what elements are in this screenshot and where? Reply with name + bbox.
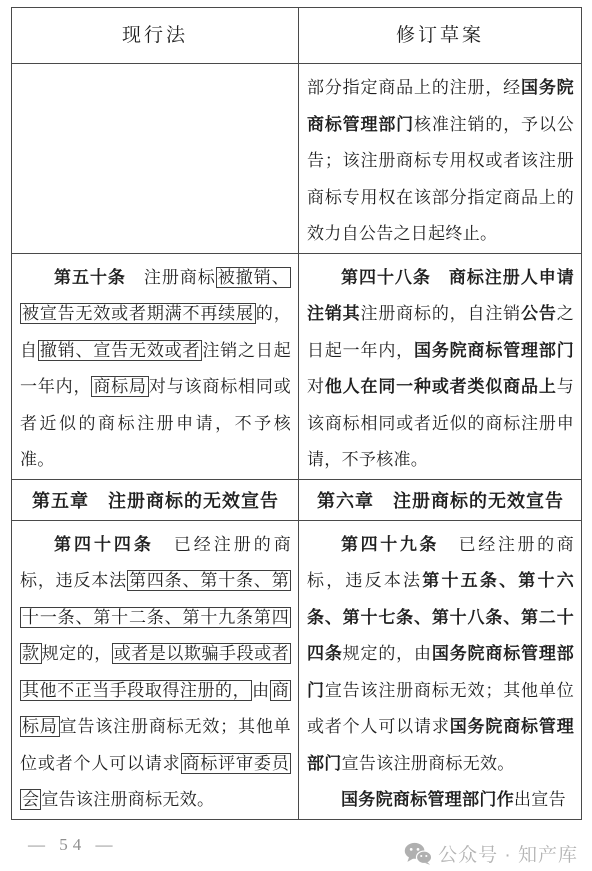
table-header-row: 现行法 修订草案 [12,8,582,64]
text-segment-bold: 国务院商标管理部门作 [341,790,514,809]
text-segment-bold: 国务院商标管理部门 [414,341,574,360]
text-segment-normal: 由 [252,681,270,700]
cell-current-law-article-50: 第五十条 注册商标被撤销、被宣告无效或者期满不再续展的，自撤销、宣告无效或者注销… [12,253,299,479]
document-page: 现行法 修订草案 部分指定商品上的注册，经国务院商标管理部门核准注销的，予以公告… [0,0,592,871]
watermark-label: 公众号 · 知产库 [438,840,578,867]
table-row-article-50-vs-48: 第五十条 注册商标被撤销、被宣告无效或者期满不再续展的，自撤销、宣告无效或者注销… [12,253,582,479]
paragraph: 第四十八条 商标注册人申请注销其注册商标的，自注销公告之日起一年内，国务院商标管… [307,260,574,479]
paragraph: 部分指定商品上的注册，经国务院商标管理部门核准注销的，予以公告；该注册商标专用权… [307,70,574,253]
cell-current-law-empty [12,64,299,254]
table-row-chapter-headings: 第五章 注册商标的无效宣告 第六章 注册商标的无效宣告 [12,479,582,520]
comparison-table: 现行法 修订草案 部分指定商品上的注册，经国务院商标管理部门核准注销的，予以公告… [11,7,582,820]
text-segment-bold: 他人在同一种或者类似商品上 [325,377,557,396]
cell-revision-draft-continuation: 部分指定商品上的注册，经国务院商标管理部门核准注销的，予以公告；该注册商标专用权… [299,64,582,254]
cell-revision-draft-article-48: 第四十八条 商标注册人申请注销其注册商标的，自注销公告之日起一年内，国务院商标管… [299,253,582,479]
text-segment-normal: 规定的，由 [343,644,432,663]
text-segment-boxed: 撤销、宣告无效或者 [38,340,203,361]
text-segment-normal: 部分指定商品上的注册，经 [307,78,521,97]
paragraph: 第四十九条 已经注册的商标，违反本法第十五条、第十六条、第十七条、第十八条、第二… [307,527,574,783]
column-header-revision-draft: 修订草案 [299,8,582,64]
text-segment-normal: 规定的， [42,644,112,663]
text-segment-normal: 注册商标 [126,268,216,287]
paragraph: 第四十四条 已经注册的商标，违反本法第四条、第十条、第十一条、第十二条、第十九条… [20,527,291,819]
text-segment-normal: 出宣告 [514,790,566,809]
cell-revision-draft-article-49: 第四十九条 已经注册的商标，违反本法第十五条、第十六条、第十七条、第十八条、第二… [299,520,582,819]
paragraph: 国务院商标管理部门作出宣告 [307,782,574,819]
chapter-heading-revision-draft: 第六章 注册商标的无效宣告 [299,479,582,520]
watermark: 公众号 · 知产库 [404,840,578,867]
column-header-current-law: 现行法 [12,8,299,64]
wechat-icon [404,842,432,865]
text-segment-normal: 宣告该注册商标无效。 [41,790,214,809]
text-segment-bold: 第四十八条 [341,268,431,287]
text-segment-normal: 注册商标的，自注销 [361,304,522,323]
text-segment-normal: 宣告该注册商标无效。 [342,754,515,773]
text-segment-bold: 公告 [521,304,557,323]
text-segment-bold: 第四十四条 [54,535,154,554]
text-segment-bold: 第五十条 [54,268,126,287]
chapter-heading-current-law: 第五章 注册商标的无效宣告 [12,479,299,520]
page-number: — 54 — [28,835,118,855]
text-segment-normal [431,268,449,287]
text-segment-boxed: 商标局 [91,376,149,397]
text-segment-normal: 对 [307,377,325,396]
text-segment-bold: 第四十九条 [341,535,439,554]
paragraph: 第五十条 注册商标被撤销、被宣告无效或者期满不再续展的，自撤销、宣告无效或者注销… [20,260,291,479]
cell-current-law-article-44: 第四十四条 已经注册的商标，违反本法第四条、第十条、第十一条、第十二条、第十九条… [12,520,299,819]
table-row-continuation: 部分指定商品上的注册，经国务院商标管理部门核准注销的，予以公告；该注册商标专用权… [12,64,582,254]
table-row-article-44-vs-49: 第四十四条 已经注册的商标，违反本法第四条、第十条、第十一条、第十二条、第十九条… [12,520,582,819]
